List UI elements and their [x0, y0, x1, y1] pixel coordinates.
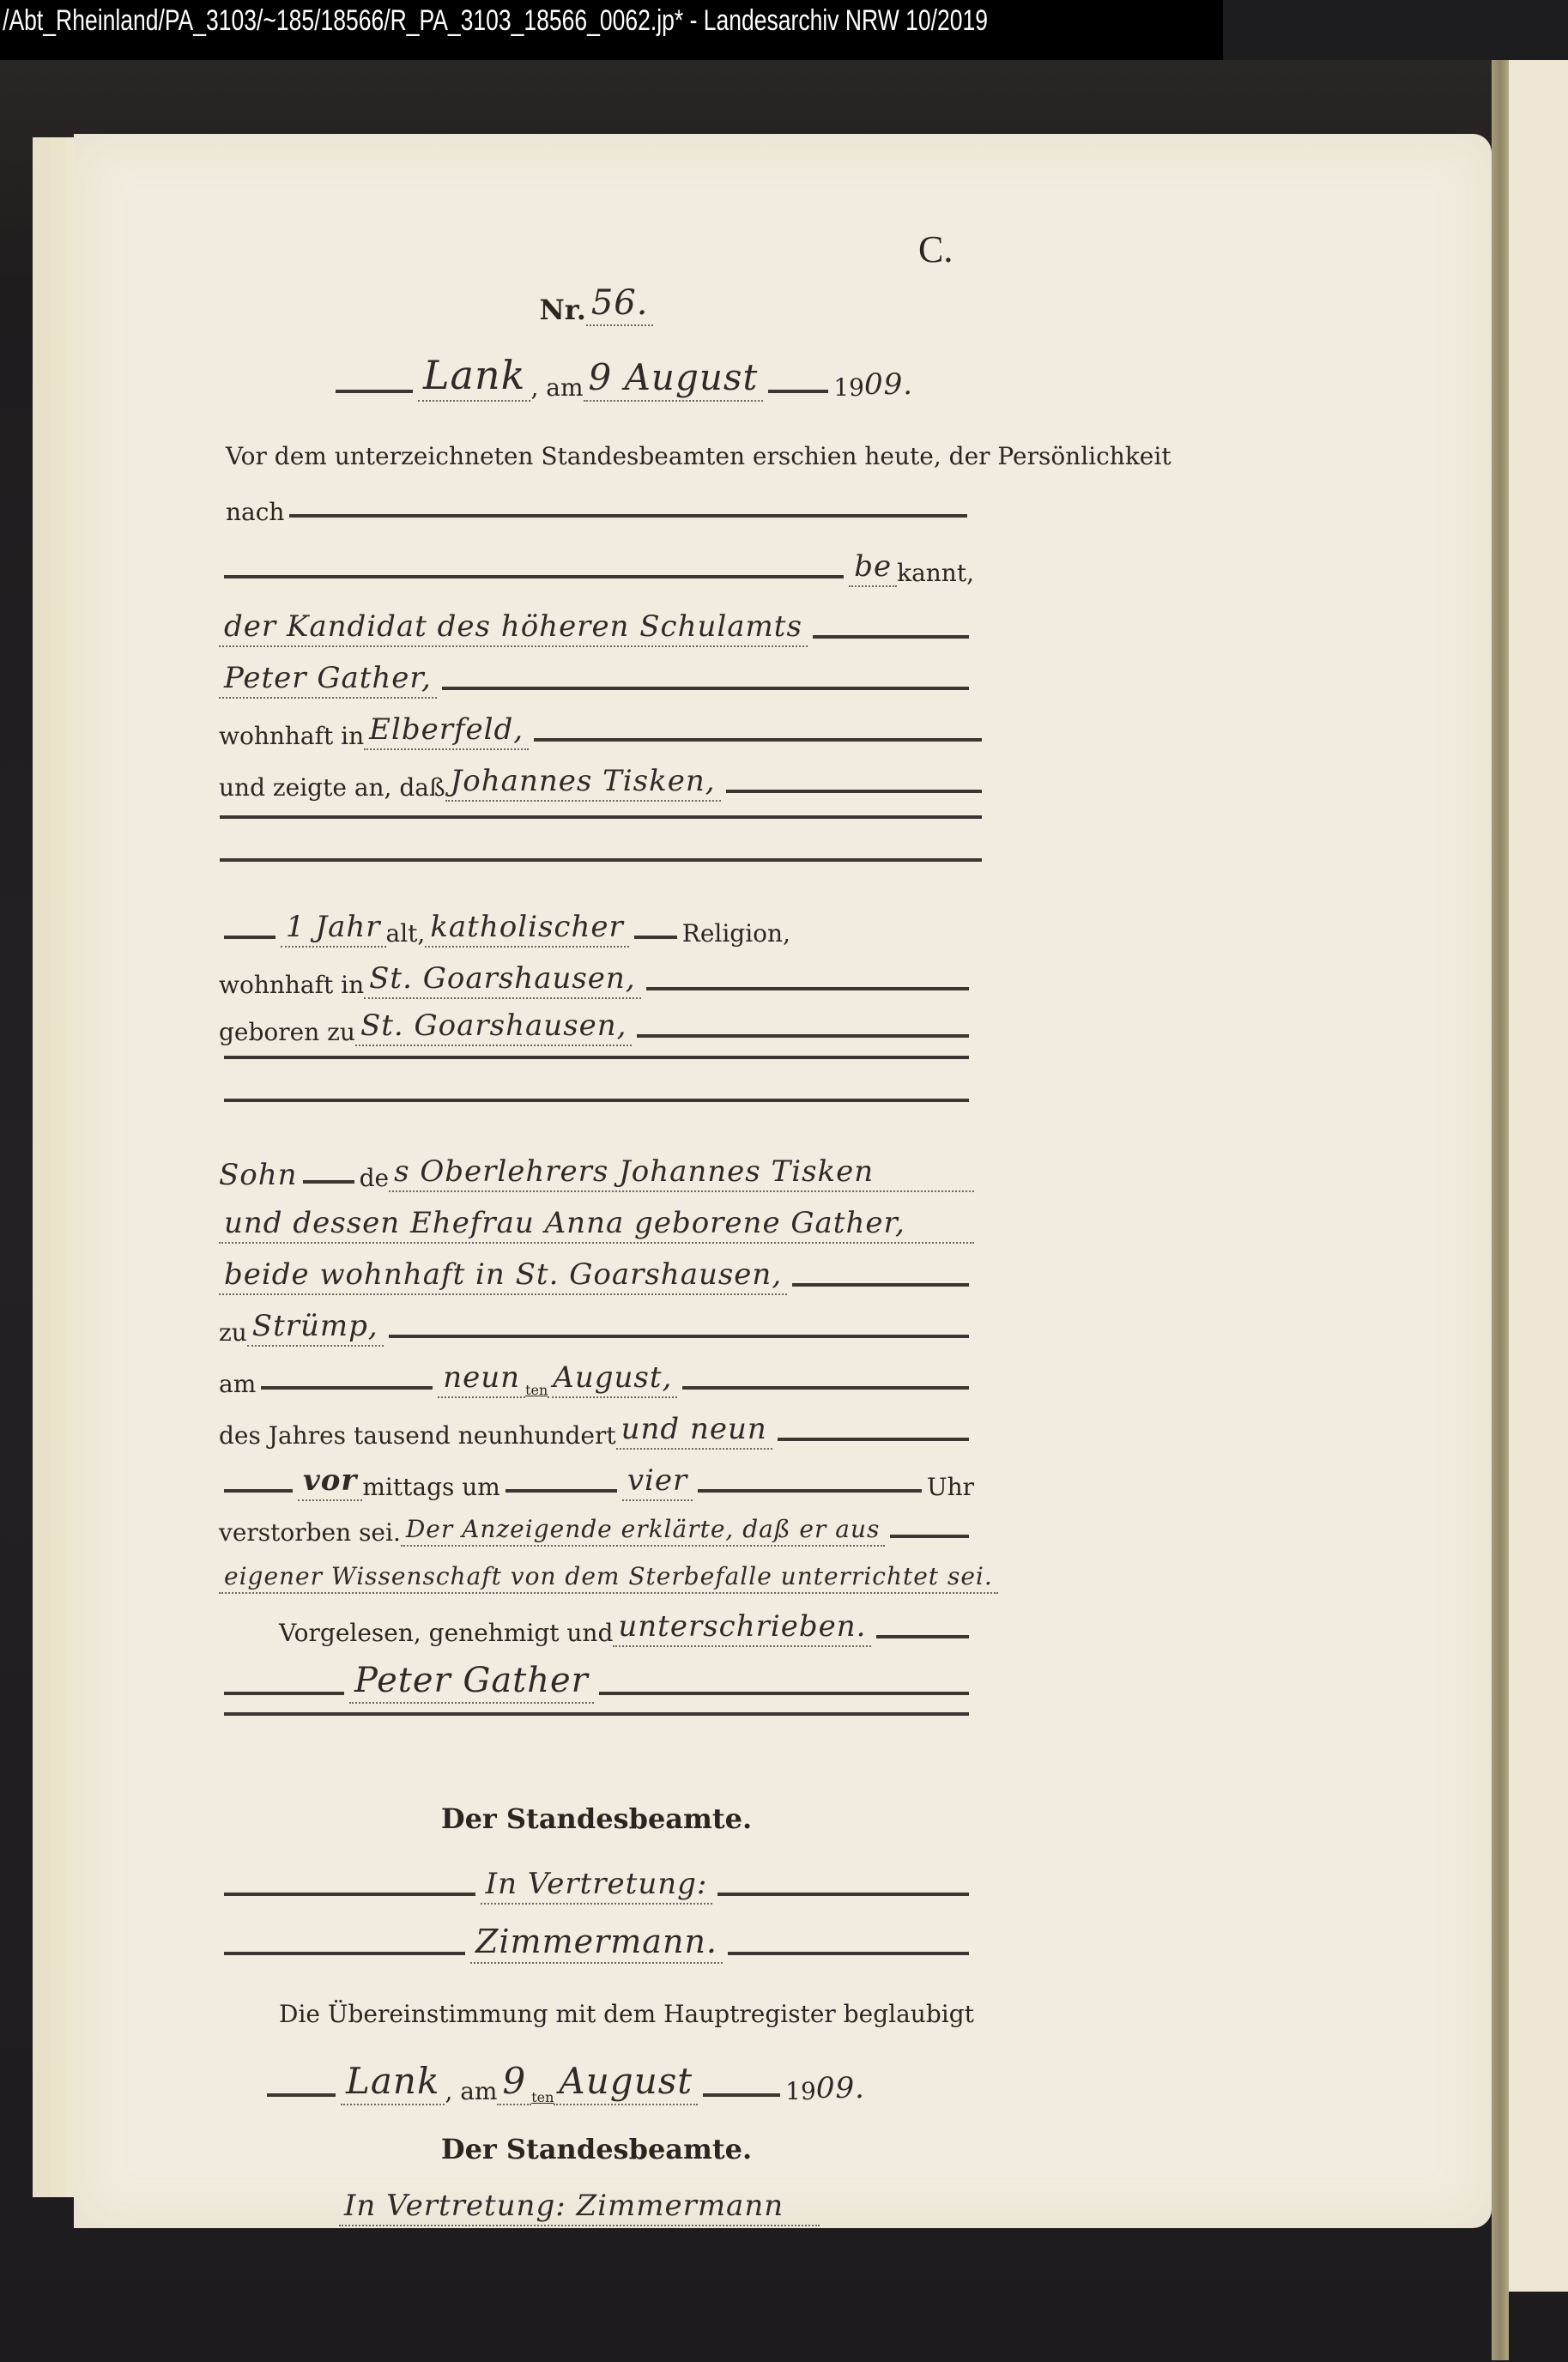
certification-row: Die Übereinstimmung mit dem Hauptregiste… — [279, 2000, 1034, 2028]
cert-place: Lank — [341, 2060, 445, 2105]
remark-line2: eigener Wissenschaft von dem Sterbefalle… — [219, 1562, 974, 1594]
number-label: Nr. — [540, 294, 586, 326]
parents-residence: beide wohnhaft in St. Goarshausen, — [219, 1257, 787, 1295]
intro-row: Vor dem unterzeichneten Standesbeamten e… — [226, 442, 981, 470]
deceased-residence: St. Goarshausen, — [364, 961, 641, 999]
time-period: vor — [298, 1463, 362, 1501]
blank-line — [224, 1712, 969, 1716]
registrar-deputy-note: In Vertretung: — [481, 1867, 713, 1905]
cert-place-date-row: Lank , am 9 ten August 19 09. — [262, 2060, 983, 2105]
informant-name: Peter Gather, — [219, 661, 437, 699]
death-date-row: am neun ten August, — [219, 1360, 974, 1398]
nach-row: nach — [226, 498, 972, 526]
death-hour: vier — [622, 1463, 693, 1501]
deceased-religion: katholischer — [425, 910, 628, 948]
informant-line1: der Kandidat des höheren Schulamts — [219, 609, 974, 647]
mother-description: und dessen Ehefrau Anna geborene Gather, — [219, 1206, 974, 1244]
bekannt-row: be kannt, — [219, 549, 974, 587]
father-description: s Oberlehrers Johannes Tisken — [389, 1154, 974, 1192]
parents-line2: und dessen Ehefrau Anna geborene Gather, — [219, 1206, 974, 1244]
adjacent-page-edge — [1509, 60, 1568, 2292]
registration-date: 9 August — [584, 356, 764, 402]
registrar-signature: Zimmermann. — [470, 1923, 723, 1964]
cert-year: 09. — [816, 2071, 865, 2105]
certification-text: Die Übereinstimmung mit dem Hauptregiste… — [279, 2000, 974, 2028]
cert-signature: In Vertretung: Zimmermann — [339, 2189, 820, 2226]
deceased-name-row: und zeigte an, daß Johannes Tisken, — [219, 764, 987, 802]
book-gutter — [1492, 60, 1509, 2360]
vorgelesen-row: Vorgelesen, genehmigt und unterschrieben… — [279, 1609, 974, 1647]
section-mark: C. — [918, 227, 953, 271]
parents-line1: Sohn de s Oberlehrers Johannes Tisken — [219, 1154, 974, 1192]
cert-day: 9 — [497, 2060, 531, 2105]
blank-line — [220, 815, 982, 819]
death-place: Strümp, — [247, 1309, 384, 1347]
registrar-heading-row: Der Standesbeamte. — [219, 1802, 974, 1835]
parents-line3: beide wohnhaft in St. Goarshausen, — [219, 1257, 974, 1295]
remark-text-2: eigener Wissenschaft von dem Sterbefalle… — [219, 1562, 998, 1594]
registrar-line1: In Vertretung: — [219, 1867, 974, 1905]
place-date-row: Lank , am 9 August 19 09. — [330, 352, 983, 402]
registration-year: 09. — [864, 367, 913, 402]
death-time-row: vor mittags um vier Uhr — [219, 1463, 974, 1501]
viewer-title-bar: /Abt_Rheinland/PA_3103/~185/18566/R_PA_3… — [0, 0, 1223, 60]
birthplace-row: geboren zu St. Goarshausen, — [219, 1008, 974, 1046]
signed-word: unterschrieben. — [613, 1609, 871, 1647]
cert-registrar-heading: Der Standesbeamte. — [441, 2133, 752, 2165]
deceased-age: 1 Jahr — [281, 910, 386, 948]
death-month: August, — [548, 1360, 677, 1398]
informant-occupation: der Kandidat des höheren Schulamts — [219, 609, 808, 647]
cert-signature-row: In Vertretung: Zimmermann — [339, 2189, 820, 2226]
age-religion-row: 1 Jahr alt, katholischer Religion, — [219, 910, 974, 948]
deceased-birthplace: St. Goarshausen, — [355, 1008, 633, 1046]
informant-residence-row: wohnhaft in Elberfeld, — [219, 712, 987, 750]
registrar-heading: Der Standesbeamte. — [441, 1802, 752, 1835]
death-year-row: des Jahres tausend neunhundert und neun — [219, 1412, 974, 1450]
blank-line — [224, 1056, 969, 1059]
deceased-name: Johannes Tisken, — [445, 764, 721, 802]
record-number-row: Nr. 56. — [219, 283, 974, 326]
informant-signature-row: Peter Gather — [219, 1661, 974, 1704]
registration-place: Lank — [418, 352, 530, 402]
blank-line — [220, 858, 982, 862]
cert-registrar-heading-row: Der Standesbeamte. — [219, 2133, 974, 2165]
blank-line — [224, 1099, 969, 1102]
informant-residence: Elberfeld, — [364, 712, 529, 750]
death-place-row: zu Strümp, — [219, 1309, 974, 1347]
record-number: 56. — [586, 283, 654, 326]
death-year: und neun — [616, 1412, 772, 1450]
registrar-line2: Zimmermann. — [219, 1923, 974, 1964]
remark-text-1: Der Anzeigende erklärte, daß er aus — [401, 1515, 886, 1547]
informant-signature: Peter Gather — [349, 1661, 594, 1704]
deceased-residence-row: wohnhaft in St. Goarshausen, — [219, 961, 974, 999]
remark-line1: verstorben sei. Der Anzeigende erklärte,… — [219, 1515, 974, 1547]
death-day: neun — [438, 1360, 525, 1398]
cert-month: August — [554, 2060, 698, 2105]
intro-text: Vor dem unterzeichneten Standesbeamten e… — [226, 442, 1171, 470]
informant-line2: Peter Gather, — [219, 661, 974, 699]
